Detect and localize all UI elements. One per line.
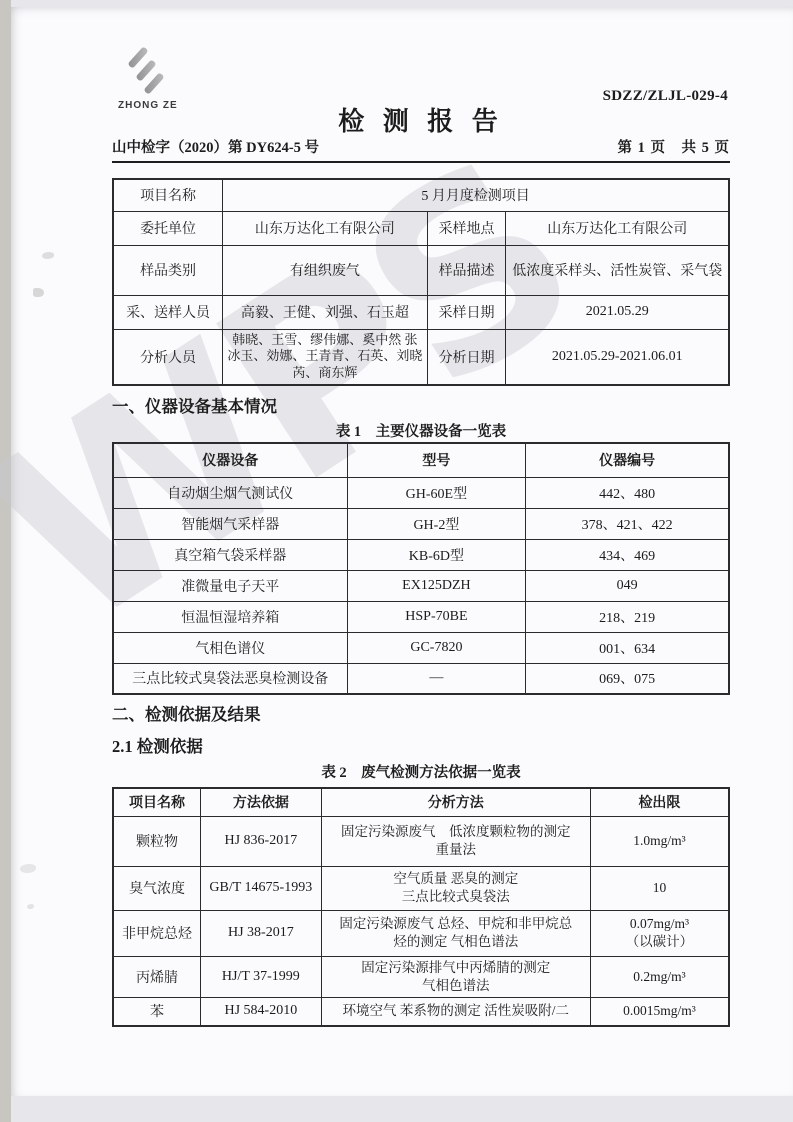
cell-model: HSP-70BE	[347, 601, 526, 632]
cell-label: 采样地点	[427, 211, 506, 245]
cell-standard: HJ 38-2017	[200, 910, 321, 956]
column-header: 方法依据	[200, 788, 321, 816]
cell-detection-limit: 10	[590, 866, 729, 910]
cell-model: KB-6D型	[347, 539, 526, 570]
cell-parameter: 非甲烷总烃	[113, 910, 200, 956]
cell-method: 固定污染源排气中丙烯腈的测定 气相色谱法	[321, 956, 590, 997]
cell-label: 委托单位	[113, 211, 223, 245]
cell-value: 韩晓、王雪、缪伟娜、奚中然 张冰玉、効娜、王青青、石英、刘晓芮、商东辉	[223, 329, 428, 385]
cell-serial: 001、634	[526, 632, 729, 663]
cell-value: 山东万达化工有限公司	[223, 211, 428, 245]
table-header-row: 项目名称 方法依据 分析方法 检出限	[113, 788, 729, 816]
cell-instrument: 气相色谱仪	[113, 632, 347, 663]
cell-serial: 218、219	[526, 601, 729, 632]
cell-label: 分析日期	[427, 329, 506, 385]
column-header: 型号	[347, 443, 526, 477]
methods-table: 项目名称 方法依据 分析方法 检出限 颗粒物 HJ 836-2017 固定污染源…	[112, 787, 730, 1026]
cell-serial: 378、421、422	[526, 508, 729, 539]
cell-serial: 442、480	[526, 477, 729, 508]
table-row: 自动烟尘烟气测试仪 GH-60E型 442、480	[113, 477, 729, 508]
cell-standard: HJ/T 37-1999	[200, 956, 321, 997]
table-row: 项目名称 5 月月度检测项目	[113, 179, 729, 211]
cell-serial: 069、075	[526, 663, 729, 694]
cell-detection-limit: 1.0mg/m³	[590, 816, 729, 866]
table-row: 采、送样人员 高毅、王健、刘强、石玉超 采样日期 2021.05.29	[113, 295, 729, 329]
report-title: 检 测 报 告	[112, 101, 730, 138]
column-header: 项目名称	[113, 788, 200, 816]
cell-serial: 434、469	[526, 539, 729, 570]
cell-value: 有组织废气	[223, 245, 428, 295]
cell-instrument: 真空箱气袋采样器	[113, 539, 347, 570]
cell-instrument: 自动烟尘烟气测试仪	[113, 477, 347, 508]
table-row: 非甲烷总烃 HJ 38-2017 固定污染源废气 总烃、甲烷和非甲烷总 烃的测定…	[113, 910, 729, 956]
table-row: 委托单位 山东万达化工有限公司 采样地点 山东万达化工有限公司	[113, 211, 729, 245]
header-reference-row: 山中检字（2020）第 DY624-5 号 第 1 页 共 5 页	[112, 136, 730, 163]
report-number: 山中检字（2020）第 DY624-5 号	[112, 136, 319, 157]
table-row: 颗粒物 HJ 836-2017 固定污染源废气 低浓度颗粒物的测定 重量法 1.…	[113, 816, 729, 866]
column-header: 检出限	[590, 788, 729, 816]
table-row: 气相色谱仪 GC-7820 001、634	[113, 632, 729, 663]
logo-stripe-icon	[143, 72, 164, 95]
column-header: 仪器设备	[113, 443, 347, 477]
cell-parameter: 臭气浓度	[113, 866, 200, 910]
cell-model: GC-7820	[347, 632, 526, 663]
section-1-heading: 一、仪器设备基本情况	[112, 396, 730, 418]
column-header: 仪器编号	[526, 443, 729, 477]
cell-standard: GB/T 14675-1993	[200, 866, 321, 910]
cell-label: 样品类别	[113, 245, 223, 295]
table-row: 真空箱气袋采样器 KB-6D型 434、469	[113, 539, 729, 570]
cell-label: 采、送样人员	[113, 295, 223, 329]
table-row: 三点比较式臭袋法恶臭检测设备 — 069、075	[113, 663, 729, 694]
table-row: 臭气浓度 GB/T 14675-1993 空气质量 恶臭的测定 三点比较式臭袋法…	[113, 866, 729, 910]
cell-model: GH-60E型	[347, 477, 526, 508]
cell-label: 分析人员	[113, 329, 223, 385]
cell-standard: HJ 584-2010	[200, 998, 321, 1026]
cell-value: 5 月月度检测项目	[223, 179, 729, 211]
report-content: ZHONG ZE SDZZ/ZLJL-029-4 检 测 报 告 山中检字（20…	[112, 0, 730, 1122]
table-row: 样品类别 有组织废气 样品描述 低浓度采样头、活性炭管、采气袋	[113, 245, 729, 295]
cell-instrument: 三点比较式臭袋法恶臭检测设备	[113, 663, 347, 694]
cell-instrument: 准微量电子天平	[113, 570, 347, 601]
section-2-heading: 二、检测依据及结果	[112, 703, 730, 727]
cell-label: 项目名称	[113, 179, 223, 211]
cell-parameter: 颗粒物	[113, 816, 200, 866]
cell-value: 山东万达化工有限公司	[506, 211, 729, 245]
table-row: 分析人员 韩晓、王雪、缪伟娜、奚中然 张冰玉、効娜、王青青、石英、刘晓芮、商东辉…	[113, 329, 729, 385]
cell-serial: 049	[526, 570, 729, 601]
table-row: 准微量电子天平 EX125DZH 049	[113, 570, 729, 601]
page-number: 第 1 页 共 5 页	[618, 136, 731, 157]
cell-parameter: 苯	[113, 998, 200, 1026]
table-row: 恒温恒湿培养箱 HSP-70BE 218、219	[113, 601, 729, 632]
cell-value: 2021.05.29	[506, 295, 729, 329]
table-1-caption: 表 1 主要仪器设备一览表	[112, 422, 730, 442]
cell-model: —	[347, 663, 526, 694]
cell-standard: HJ 836-2017	[200, 816, 321, 866]
sample-info-table: 项目名称 5 月月度检测项目 委托单位 山东万达化工有限公司 采样地点 山东万达…	[112, 178, 730, 386]
cell-method: 环境空气 苯系物的测定 活性炭吸附/二	[321, 998, 590, 1026]
table-row: 丙烯腈 HJ/T 37-1999 固定污染源排气中丙烯腈的测定 气相色谱法 0.…	[113, 956, 729, 997]
cell-instrument: 恒温恒湿培养箱	[113, 601, 347, 632]
cell-method: 固定污染源废气 总烃、甲烷和非甲烷总 烃的测定 气相色谱法	[321, 910, 590, 956]
scan-smudge	[33, 288, 44, 297]
cell-method: 固定污染源废气 低浓度颗粒物的测定 重量法	[321, 816, 590, 866]
section-2-1-heading: 2.1 检测依据	[112, 735, 730, 759]
cell-detection-limit: 0.07mg/m³ （以碳计）	[590, 910, 729, 956]
cell-label: 采样日期	[427, 295, 506, 329]
table-row: 智能烟气采样器 GH-2型 378、421、422	[113, 508, 729, 539]
cell-value: 2021.05.29-2021.06.01	[506, 329, 729, 385]
cell-instrument: 智能烟气采样器	[113, 508, 347, 539]
table-2-caption: 表 2 废气检测方法依据一览表	[112, 763, 730, 783]
cell-model: EX125DZH	[347, 570, 526, 601]
table-header-row: 仪器设备 型号 仪器编号	[113, 443, 729, 477]
cell-value: 低浓度采样头、活性炭管、采气袋	[506, 245, 729, 295]
cell-parameter: 丙烯腈	[113, 956, 200, 997]
cell-detection-limit: 0.0015mg/m³	[590, 998, 729, 1026]
cell-model: GH-2型	[347, 508, 526, 539]
cell-value: 高毅、王健、刘强、石玉超	[223, 295, 428, 329]
cell-detection-limit: 0.2mg/m³	[590, 956, 729, 997]
scanner-edge-strip	[0, 0, 11, 1122]
equipment-table: 仪器设备 型号 仪器编号 自动烟尘烟气测试仪 GH-60E型 442、480 智…	[112, 442, 730, 695]
table-row: 苯 HJ 584-2010 环境空气 苯系物的测定 活性炭吸附/二 0.0015…	[113, 998, 729, 1026]
cell-method: 空气质量 恶臭的测定 三点比较式臭袋法	[321, 866, 590, 910]
column-header: 分析方法	[321, 788, 590, 816]
cell-label: 样品描述	[427, 245, 506, 295]
